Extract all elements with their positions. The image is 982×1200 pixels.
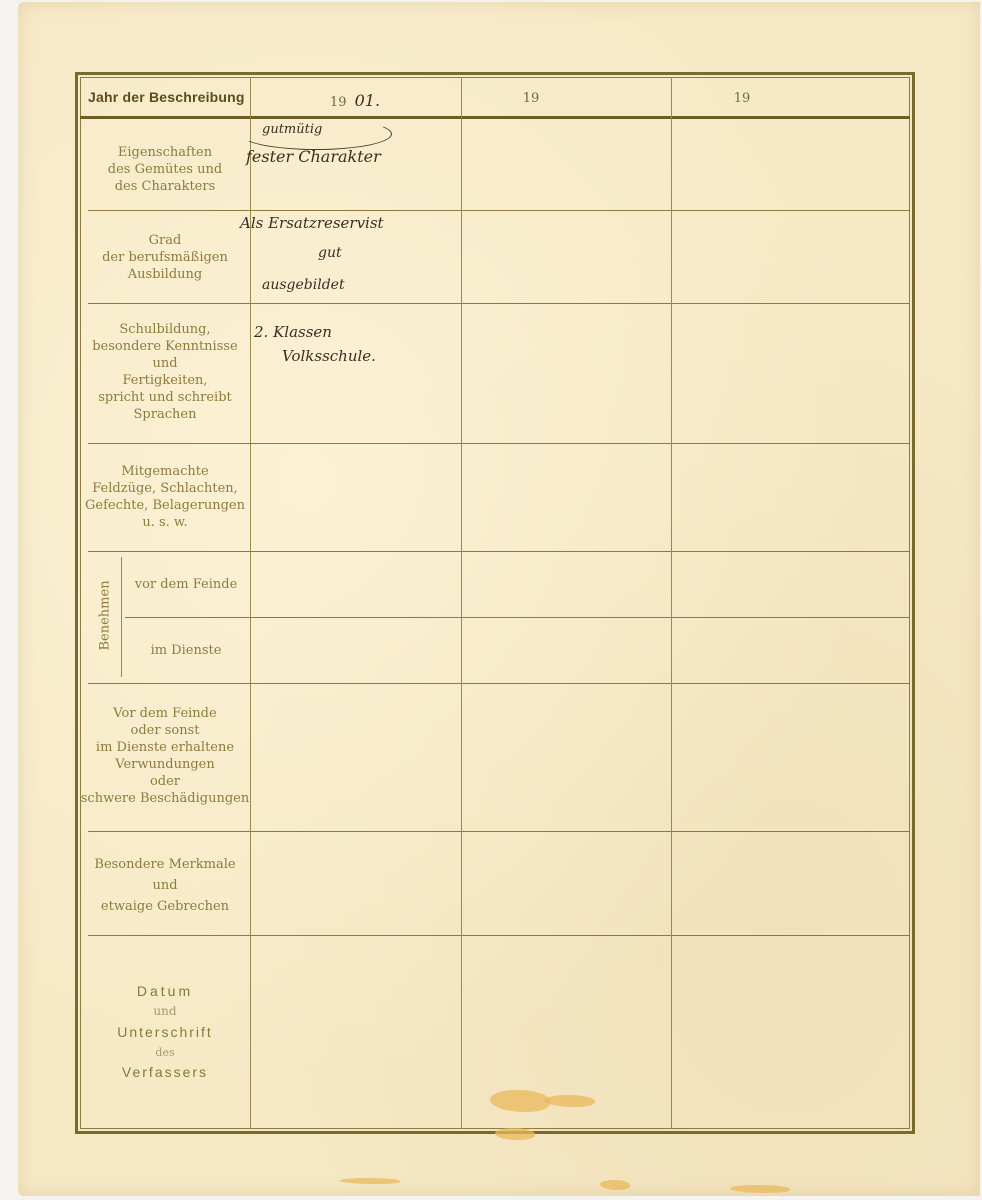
row-divider [88, 551, 910, 552]
label-before-enemy: vor dem Feinde [122, 576, 250, 593]
label-character: Eigenschaften des Gemütes und des Charak… [80, 144, 250, 195]
label-und: und [80, 1004, 250, 1018]
label-benehmen: Benehmen [98, 581, 113, 651]
entry-character-line2[interactable]: fester Charakter [246, 147, 381, 166]
label-des: des [80, 1046, 250, 1059]
label-campaigns: Mitgemachte Feldzüge, Schlachten, Gefech… [80, 463, 250, 531]
column-divider [461, 77, 462, 1129]
entry-schooling-line2[interactable]: Volksschule. [282, 347, 376, 365]
label-in-service: im Dienste [122, 642, 250, 659]
year-column-3: 19 [637, 91, 847, 106]
year-handwritten: 01. [355, 91, 380, 110]
year-column-2: 19 [426, 91, 636, 106]
entry-training-line3[interactable]: ausgebildet [262, 277, 345, 293]
row-divider [88, 683, 910, 684]
row-divider [88, 210, 910, 211]
ink-flourish [240, 118, 392, 150]
column-divider [671, 77, 672, 1129]
header-label: Jahr der Beschreibung [88, 89, 245, 105]
benehmen-divider [121, 557, 122, 677]
label-features: Besondere Merkmale und etwaige Gebrechen [80, 854, 250, 917]
label-wounds: Vor dem Feinde oder sonst im Dienste erh… [80, 705, 250, 807]
entry-training-line2[interactable]: gut [318, 245, 342, 261]
row-divider [88, 831, 910, 832]
column-divider [250, 77, 251, 1129]
label-datum: Datum [80, 983, 250, 999]
row-divider [88, 303, 910, 304]
label-schooling: Schulbildung, besondere Kenntnisse und F… [80, 321, 250, 423]
row-divider [125, 617, 910, 618]
label-unterschrift: Unterschrift [80, 1024, 250, 1040]
year-prefix: 19 [330, 95, 347, 110]
entry-schooling-line1[interactable]: 2. Klassen [254, 323, 332, 341]
entry-training-line1[interactable]: Als Ersatzreservist [240, 214, 384, 232]
row-divider [88, 935, 910, 936]
label-verfassers: Verfassers [80, 1064, 250, 1080]
label-training: Grad der berufsmäßigen Ausbildung [80, 232, 250, 283]
header-divider [80, 116, 910, 119]
row-divider [88, 443, 910, 444]
